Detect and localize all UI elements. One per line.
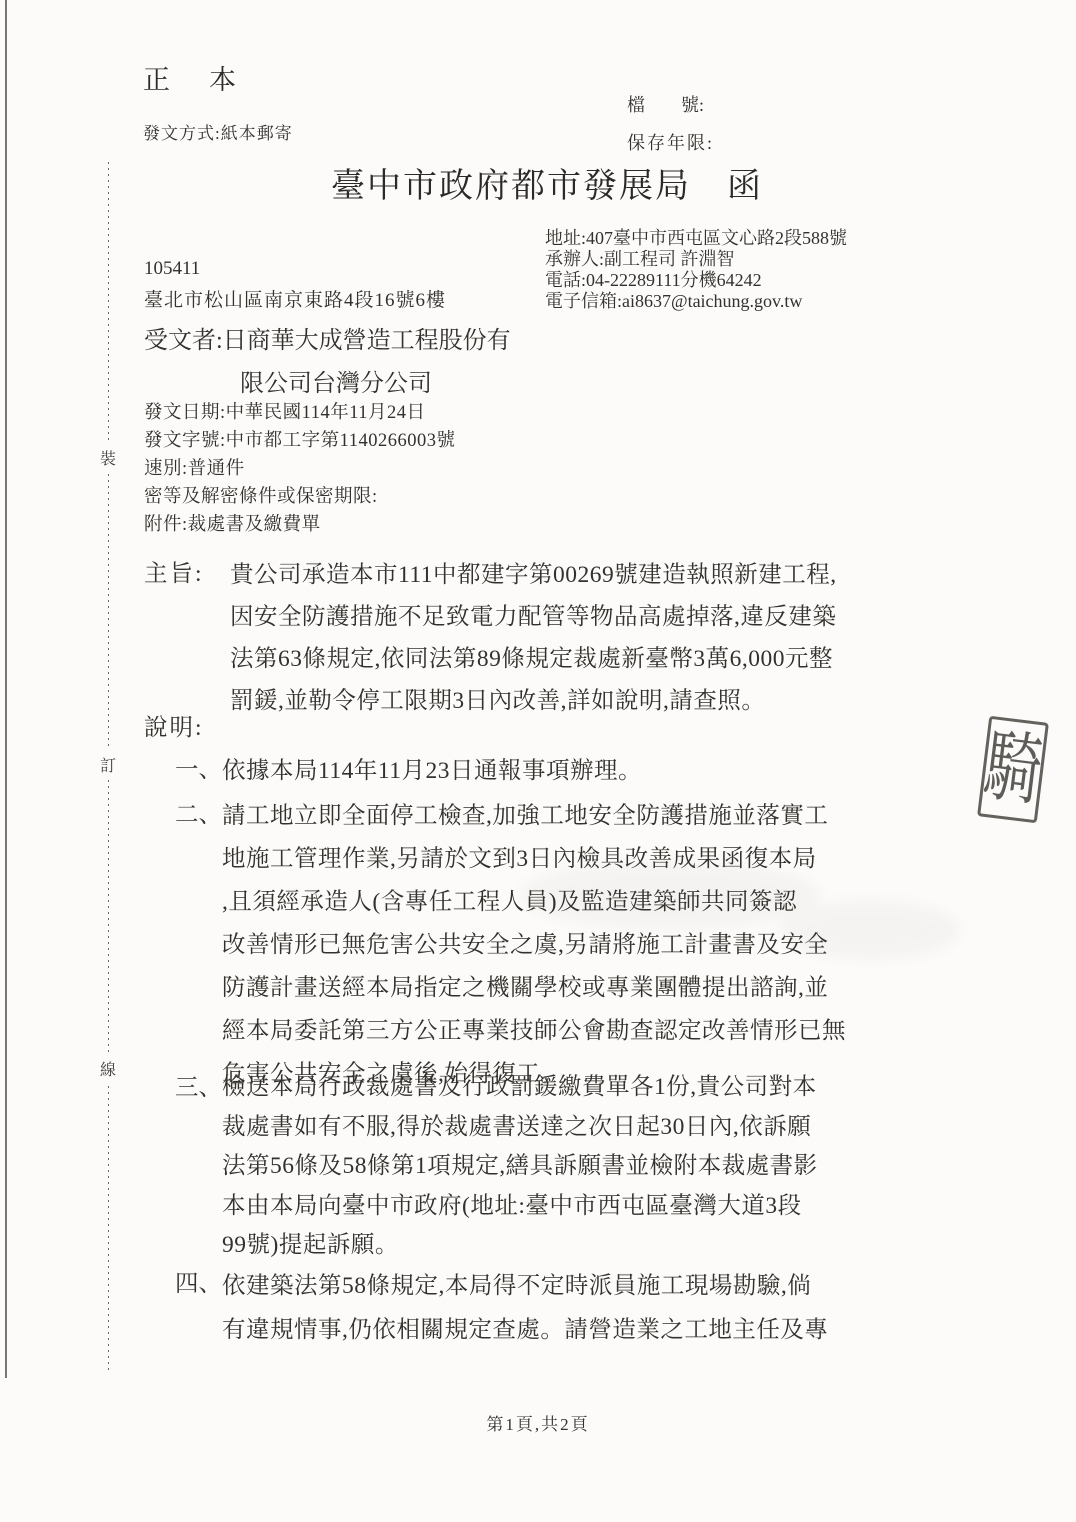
subject-line: 罰鍰,並勒令停工限期3日內改善,詳如說明,請查照。	[230, 680, 837, 722]
explanation-text-line: 防護計畫送經本局指定之機關學校或專業團體提出諮詢,並	[222, 967, 846, 1010]
agency-contact-block: 地址:407臺中市西屯區文心路2段588號承辦人:副工程司 許淵智電話:04-2…	[545, 228, 847, 312]
explanation-text-line: 經本局委託第三方公正專業技師公會勘查認定改善情形已無	[222, 1010, 846, 1053]
scanned-official-letter-page: 裝 訂 線 正 本 發文方式:紙本郵寄 檔 號: 保存年限: 臺中市政府都市發展…	[0, 0, 1076, 1522]
recipient-postal-code: 105411	[144, 258, 200, 280]
document-meta-line: 速別:普通件	[144, 455, 455, 483]
subject-label: 主旨:	[144, 554, 204, 588]
subject-line: 因安全防護措施不足致電力配管等物品高處掉落,違反建築	[230, 596, 837, 638]
explanation-item-3-body: 檢送本局行政裁處書及行政罰鍰繳費單各1份,貴公司對本裁處書如有不服,得於裁處書送…	[222, 1068, 818, 1266]
explanation-text-line: 裁處書如有不服,得於裁處書送達之次日起30日內,依訴願	[222, 1108, 818, 1148]
explanation-item-2-body: 請工地立即全面停工檢查,加強工地安全防護措施並落實工地施工管理作業,另請於文到3…	[222, 795, 846, 1096]
document-meta-line: 附件:裁處書及繳費單	[144, 511, 455, 539]
explanation-item-1-number: 一、	[175, 750, 222, 784]
binding-mark-zhuang: 裝	[98, 443, 118, 472]
explanation-text-line: 地施工管理作業,另請於文到3日內檢具改善成果函復本局	[222, 838, 846, 881]
subject-body: 貴公司承造本市111中都建字第00269號建造執照新建工程,因安全防護措施不足致…	[230, 554, 837, 722]
retention-period-label: 保存年限:	[627, 129, 714, 155]
explanation-label: 說明:	[144, 708, 204, 742]
subject-line: 法第63條規定,依同法第89條規定裁處新臺幣3萬6,000元整	[230, 638, 837, 680]
delivery-method: 發文方式:紙本郵寄	[143, 119, 293, 144]
agency-contact-line: 電話:04-22289111分機64242	[545, 270, 847, 291]
explanation-item-2-number: 二、	[175, 795, 222, 829]
explanation-item-1-body: 依據本局114年11月23日通報事項辦理。	[222, 750, 642, 792]
binding-mark-xian: 線	[98, 1054, 118, 1083]
explanation-text-line: 99號)提起訴願。	[222, 1226, 818, 1266]
explanation-text-line: 改善情形已無危害公共安全之虞,另請將施工計畫書及安全	[222, 924, 846, 967]
agency-contact-line: 承辦人:副工程司 許淵智	[545, 249, 847, 270]
explanation-text-line: 本由本局向臺中市政府(地址:臺中市西屯區臺灣大道3段	[222, 1187, 818, 1227]
recipient-name-part1: 日商華大成營造工程股份有	[223, 328, 511, 354]
recipient-block: 受文者:日商華大成營造工程股份有 限公司台灣分公司	[144, 320, 511, 406]
document-title: 臺中市政府都市發展局 函	[0, 158, 1076, 207]
page-number-footer: 第1頁,共2頁	[0, 1410, 1076, 1435]
recipient-street-address: 臺北市松山區南京東路4段16號6樓	[144, 285, 446, 312]
explanation-text-line: ,且須經承造人(含專任工程人員)及監造建築師共同簽認	[222, 881, 846, 924]
agency-contact-line: 電子信箱:ai8637@taichung.gov.tw	[545, 291, 847, 312]
document-meta-line: 發文日期:中華民國114年11月24日	[144, 399, 455, 427]
explanation-text-line: 依據本局114年11月23日通報事項辦理。	[222, 750, 642, 792]
page-seam-seal-stamp: 騎	[977, 716, 1049, 824]
agency-contact-line: 地址:407臺中市西屯區文心路2段588號	[545, 228, 847, 249]
document-meta-line: 密等及解密條件或保密期限:	[144, 483, 455, 511]
binding-mark-ding: 訂	[98, 750, 118, 779]
explanation-text-line: 檢送本局行政裁處書及行政罰鍰繳費單各1份,貴公司對本	[222, 1068, 818, 1108]
explanation-item-4-number: 四、	[175, 1264, 222, 1298]
explanation-text-line: 請工地立即全面停工檢查,加強工地安全防護措施並落實工	[222, 795, 846, 838]
explanation-item-4-body: 依建築法第58條規定,本局得不定時派員施工現場勘驗,倘有違規情事,仍依相關規定查…	[222, 1264, 828, 1352]
document-meta-line: 發文字號:中市都工字第1140266003號	[144, 427, 455, 455]
subject-line: 貴公司承造本市111中都建字第00269號建造執照新建工程,	[230, 554, 837, 596]
document-meta-block: 發文日期:中華民國114年11月24日發文字號:中市都工字第1140266003…	[144, 399, 455, 539]
recipient-label: 受文者:	[144, 328, 223, 354]
explanation-item-3-number: 三、	[175, 1068, 222, 1102]
explanation-text-line: 依建築法第58條規定,本局得不定時派員施工現場勘驗,倘	[222, 1264, 828, 1308]
seal-character: 騎	[980, 727, 1045, 812]
copy-type-label: 正 本	[143, 58, 242, 97]
file-number-label: 檔 號:	[627, 91, 704, 117]
recipient-name-line1: 受文者:日商華大成營造工程股份有	[144, 320, 511, 363]
explanation-text-line: 有違規情事,仍依相關規定查處。請營造業之工地主任及專	[222, 1308, 828, 1352]
explanation-text-line: 法第56條及58條第1項規定,繕具訴願書並檢附本裁處書影	[222, 1147, 818, 1187]
